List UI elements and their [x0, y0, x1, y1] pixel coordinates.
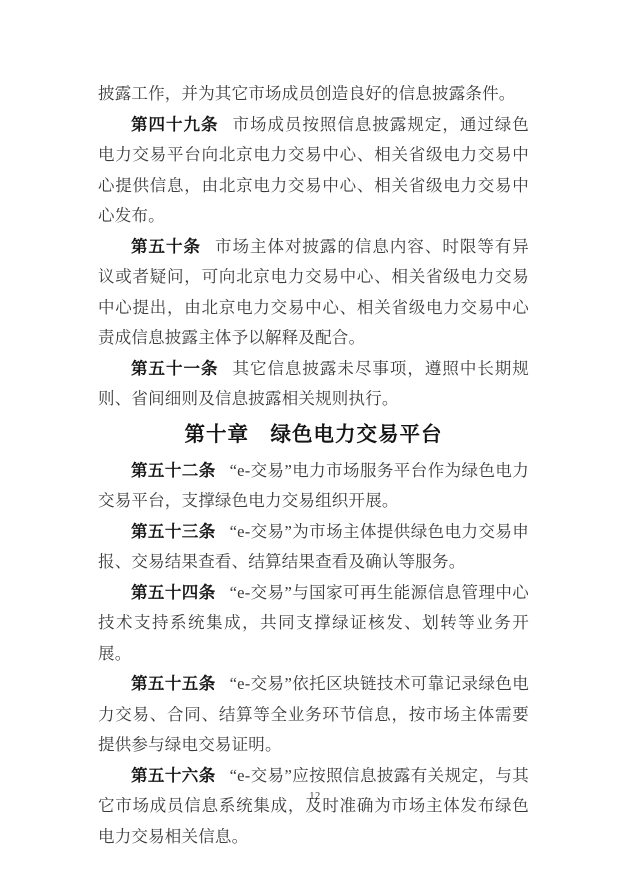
- article-49: 第四十九条市场成员按照信息披露规定，通过绿色电力交易平台向北京电力交易中心、相关…: [98, 110, 529, 232]
- paragraph-continuation: 披露工作，并为其它市场成员创造良好的信息披露条件。: [98, 79, 529, 110]
- article-55: 第五十五条“e-交易”依托区块链技术可靠记录绿色电力交易、合同、结算等全业务环节…: [98, 669, 529, 761]
- article-51: 第五十一条其它信息披露未尽事项，遵照中长期规则、省间细则及信息披露相关规则执行。: [98, 354, 529, 415]
- article-label: 第五十二条: [131, 461, 216, 480]
- document-body: 披露工作，并为其它市场成员创造良好的信息披露条件。 第四十九条市场成员按照信息披…: [98, 79, 529, 852]
- article-label: 第五十五条: [131, 674, 216, 693]
- page-number: 12: [0, 791, 630, 802]
- article-label: 第五十六条: [131, 766, 216, 785]
- article-56: 第五十六条“e-交易”应按照信息披露有关规定，与其它市场成员信息系统集成，及时准…: [98, 761, 529, 853]
- article-50: 第五十条市场主体对披露的信息内容、时限等有异议或者疑问，可向北京电力交易中心、相…: [98, 232, 529, 354]
- article-label: 第四十九条: [131, 115, 218, 134]
- article-label: 第五十条: [131, 237, 201, 256]
- chapter-heading: 第十章 绿色电力交易平台: [98, 420, 529, 450]
- document-page: 披露工作，并为其它市场成员创造良好的信息披露条件。 第四十九条市场成员按照信息披…: [0, 0, 630, 884]
- article-label: 第五十三条: [131, 522, 216, 541]
- article-label: 第五十一条: [131, 359, 218, 378]
- article-52: 第五十二条“e-交易”电力市场服务平台作为绿色电力交易平台，支撑绿色电力交易组织…: [98, 456, 529, 517]
- article-label: 第五十四条: [131, 583, 216, 602]
- article-54: 第五十四条“e-交易”与国家可再生能源信息管理中心技术支持系统集成，共同支撑绿证…: [98, 578, 529, 670]
- article-53: 第五十三条“e-交易”为市场主体提供绿色电力交易申报、交易结果查看、结算结果查看…: [98, 517, 529, 578]
